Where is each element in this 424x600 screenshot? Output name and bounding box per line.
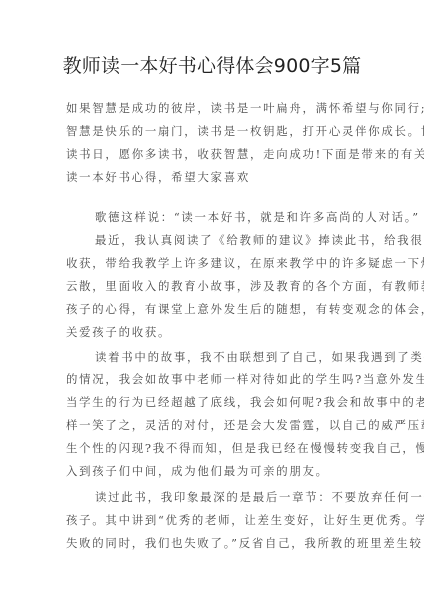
intro-line: 读一本好书心得，希望大家喜欢	[66, 169, 366, 185]
paragraph-line: 云散，里面收入的教育小故事，涉及教育的各个方面，有教师教育	[66, 278, 366, 294]
paragraph-line: 当学生的行为已经超越了底线，我会如何呢?我会和故事中的老师一	[66, 394, 366, 410]
paragraph-line: 读过此书，我印象最深的是最后一章节：不要放弃任何一个	[95, 489, 395, 505]
paragraph-line: 收获，带给我教学上许多建议，在原来教学中的许多疑虑一下烟消	[66, 255, 366, 271]
paragraph-line: 失败的同时，我们也失败了。”反省自己，我所教的班里差生较	[66, 535, 366, 551]
document-page: 教师读一本好书心得体会900字5篇 如果智慧是成功的彼岸，读书是一叶扁舟，满怀希…	[0, 0, 424, 600]
paragraph-line: 孩子。其中讲到“优秀的老师，让差生变好，让好生更优秀。学生	[66, 512, 366, 528]
paragraph-line: 读着书中的故事，我不由联想到了自己，如果我遇到了类似	[95, 349, 395, 365]
intro-line: 如果智慧是成功的彼岸，读书是一叶扁舟，满怀希望与你同行;如果	[66, 100, 366, 116]
paragraph-line: 孩子的心得，有课堂上意外发生后的随想，有转变观念的体会，有	[66, 301, 366, 317]
document-title: 教师读一本好书心得体会900字5篇	[0, 53, 424, 79]
paragraph-line: 最近，我认真阅读了《给教师的建议》捧读此书，给我很多	[95, 232, 395, 248]
quote-line: 歌德这样说：“读一本好书，就是和许多高尚的人对话。”	[95, 209, 395, 225]
paragraph-line: 生个性的闪现?我不得而知，但是我已经在慢慢转变我自己，慢慢融	[66, 440, 366, 456]
paragraph-line: 关爱孩子的收获。	[66, 324, 366, 340]
intro-line: 智慧是快乐的一扇门，读书是一枚钥匙，打开心灵伴你成长。世界	[66, 123, 366, 139]
paragraph-line: 的情况，我会如故事中老师一样对待如此的学生吗?当意外发生时，	[66, 371, 366, 387]
intro-line: 读书日，愿你多读书，收获智慧，走向成功!下面是带来的有关教师	[66, 146, 366, 162]
paragraph-line: 入到孩子们中间，成为他们最为可亲的朋友。	[66, 463, 366, 479]
paragraph-line: 样一笑了之，灵活的对付，还是会大发雷霆，以自己的威严压载学	[66, 417, 366, 433]
